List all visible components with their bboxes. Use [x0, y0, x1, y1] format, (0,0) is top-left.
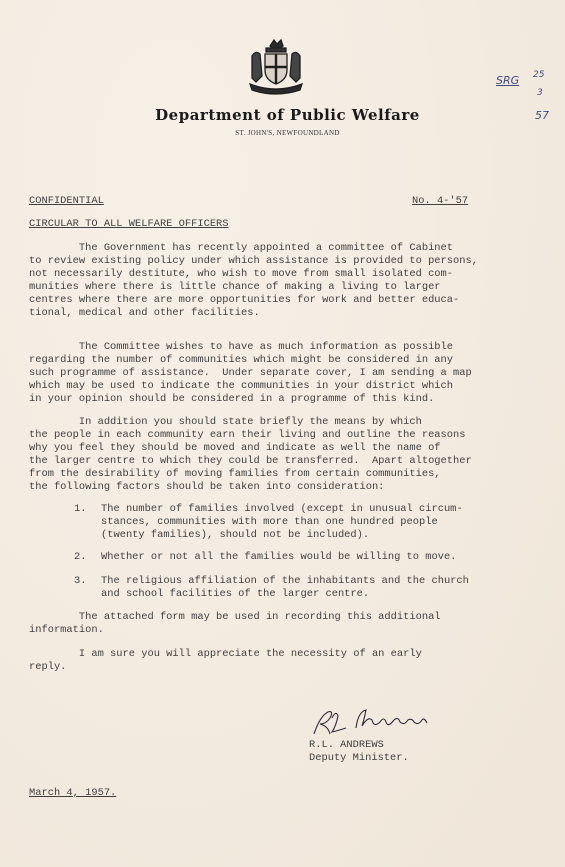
- factor-line: (twenty families), should not be include…: [101, 530, 369, 540]
- paragraph-1-line: centres where there are more opportuniti…: [29, 295, 459, 305]
- handwritten-month: 3: [537, 88, 543, 98]
- factor-number: 3.: [74, 576, 86, 586]
- signatory-title: Deputy Minister.: [309, 753, 409, 763]
- classification-label: CONFIDENTIAL: [29, 196, 104, 206]
- paragraph-3-line: the larger centre to which they could be…: [29, 456, 472, 466]
- paragraph-1-line: not necessarily destitute, who wish to m…: [29, 269, 453, 279]
- department-address: ST. JOHN'S, NEWFOUNDLAND: [0, 129, 565, 137]
- paragraph-1-line: tional, medical and other facilities.: [29, 308, 260, 318]
- letter-date: March 4, 1957.: [29, 788, 116, 798]
- paragraph-2-line: in your opinion should be considered in …: [29, 394, 434, 404]
- paragraph-3-line: the people in each community earn their …: [29, 430, 465, 440]
- paragraph-4-line: information.: [29, 625, 104, 635]
- paragraph-2-line: regarding the number of communities whic…: [29, 355, 453, 365]
- paragraph-3-line: from the desirability of moving families…: [29, 469, 441, 479]
- circular-number: No. 4-'57: [412, 196, 468, 206]
- coat-of-arms-icon: [246, 34, 306, 96]
- signatory-name: R.L. ANDREWS: [309, 740, 384, 750]
- factor-number: 2.: [74, 552, 86, 562]
- paragraph-3-line: the following factors should be taken in…: [29, 482, 384, 492]
- paragraph-2-line: which may be used to indicate the commun…: [29, 381, 453, 391]
- handwritten-code: SRG: [496, 74, 519, 87]
- factor-line: The religious affiliation of the inhabit…: [101, 576, 469, 586]
- circular-subject: CIRCULAR TO ALL WELFARE OFFICERS: [29, 219, 229, 229]
- paragraph-1-line: to review existing policy under which as…: [29, 256, 478, 266]
- factor-line: stances, communities with more than one …: [101, 517, 438, 527]
- paragraph-1-line: munities where there is little chance of…: [29, 282, 441, 292]
- department-title: Department of Public Welfare: [0, 106, 565, 124]
- paragraph-3-line: In addition you should state briefly the…: [29, 417, 422, 427]
- factor-line: The number of families involved (except …: [101, 504, 463, 514]
- paragraph-2-line: such programme of assistance. Under sepa…: [29, 368, 472, 378]
- factor-number: 1.: [74, 504, 86, 514]
- factor-line: and school facilities of the larger cent…: [101, 589, 369, 599]
- paragraph-5-line: I am sure you will appreciate the necess…: [29, 649, 422, 659]
- paragraph-2-line: The Committee wishes to have as much inf…: [29, 342, 453, 352]
- factor-line: Whether or not all the families would be…: [101, 552, 456, 562]
- paragraph-3-line: why you feel they should be moved and in…: [29, 443, 441, 453]
- paragraph-4-line: The attached form may be used in recordi…: [29, 612, 441, 622]
- handwritten-year: 57: [535, 109, 549, 122]
- paragraph-1-line: The Government has recently appointed a …: [29, 243, 453, 253]
- letter-page: Department of Public Welfare ST. JOHN'S,…: [0, 0, 565, 867]
- paragraph-5-line: reply.: [29, 662, 66, 672]
- handwritten-day: 25: [533, 70, 544, 80]
- handwritten-signature: [310, 704, 450, 738]
